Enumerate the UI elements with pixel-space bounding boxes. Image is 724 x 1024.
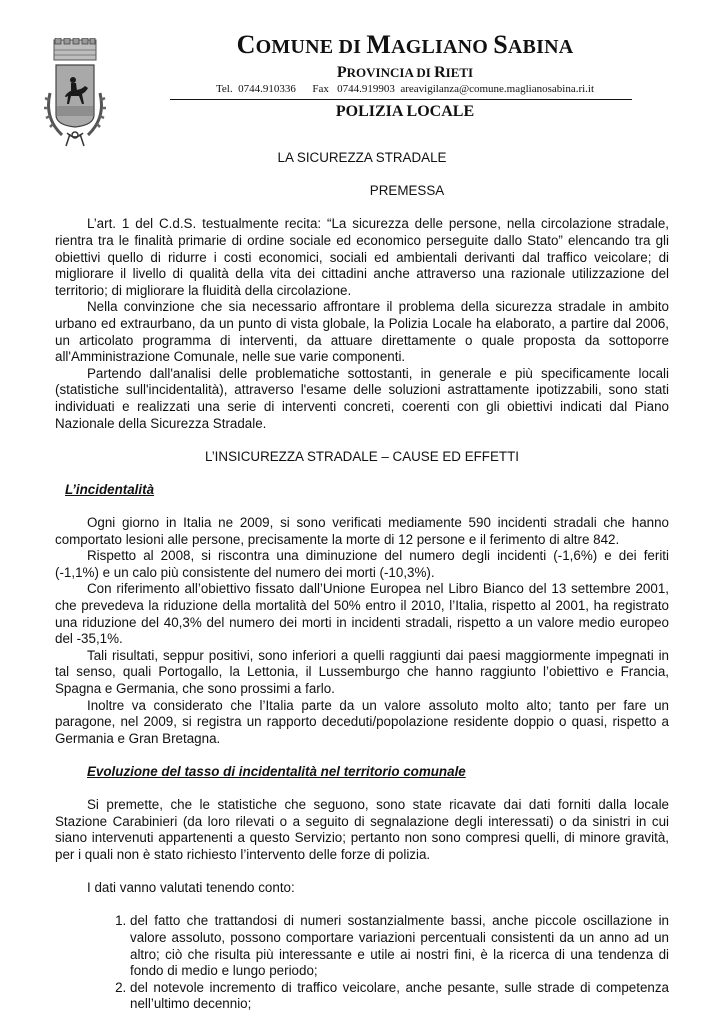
paragraph: Si premette, che le statistiche che segu… xyxy=(55,797,669,863)
paragraph: L’art. 1 del C.d.S. testualmente recita:… xyxy=(55,216,669,299)
paragraph: Partendo dall'analisi delle problematich… xyxy=(55,366,669,432)
letterhead: COMUNE DI MAGLIANO SABINA PROVINCIA DI R… xyxy=(0,0,724,150)
considerations-list: del fatto che trattandosi di numeri sost… xyxy=(55,913,669,1013)
paragraph: Rispetto al 2008, si riscontra una dimin… xyxy=(55,548,669,581)
section-heading: L’INSICUREZZA STRADALE – CAUSE ED EFFETT… xyxy=(55,449,669,466)
contact-line: Tel. 0744.910336 Fax 0744.919903 areavig… xyxy=(170,83,640,95)
document-title: LA SICUREZZA STRADALE xyxy=(55,150,669,167)
department-title: POLIZIA LOCALE xyxy=(170,103,640,121)
subsection-heading-evoluzione: Evoluzione del tasso di incidentalità ne… xyxy=(55,764,669,781)
paragraph: Inoltre va considerato che l’Italia part… xyxy=(55,698,669,748)
list-lead: I dati vanno valutati tenendo conto: xyxy=(55,880,669,897)
paragraph: Nella convinzione che sia necessario aff… xyxy=(55,299,669,365)
header-divider xyxy=(170,99,632,100)
premessa-heading: PREMESSA xyxy=(55,183,669,200)
paragraph: Con riferimento all’obiettivo fissato da… xyxy=(55,581,669,647)
subsection-heading-incidentalita: L’incidentalità xyxy=(55,482,669,499)
document-body: LA SICUREZZA STRADALE PREMESSA L’art. 1 … xyxy=(55,150,669,1013)
coat-of-arms-icon xyxy=(40,38,110,148)
paragraph: Tali risultati, seppur positivi, sono in… xyxy=(55,648,669,698)
municipality-title: COMUNE DI MAGLIANO SABINA xyxy=(170,30,640,60)
province-subtitle: PROVINCIA DI RIETI xyxy=(170,64,640,82)
list-item: del notevole incremento di traffico veic… xyxy=(130,980,669,1013)
list-item: del fatto che trattandosi di numeri sost… xyxy=(130,913,669,979)
paragraph: Ogni giorno in Italia ne 2009, si sono v… xyxy=(55,515,669,548)
